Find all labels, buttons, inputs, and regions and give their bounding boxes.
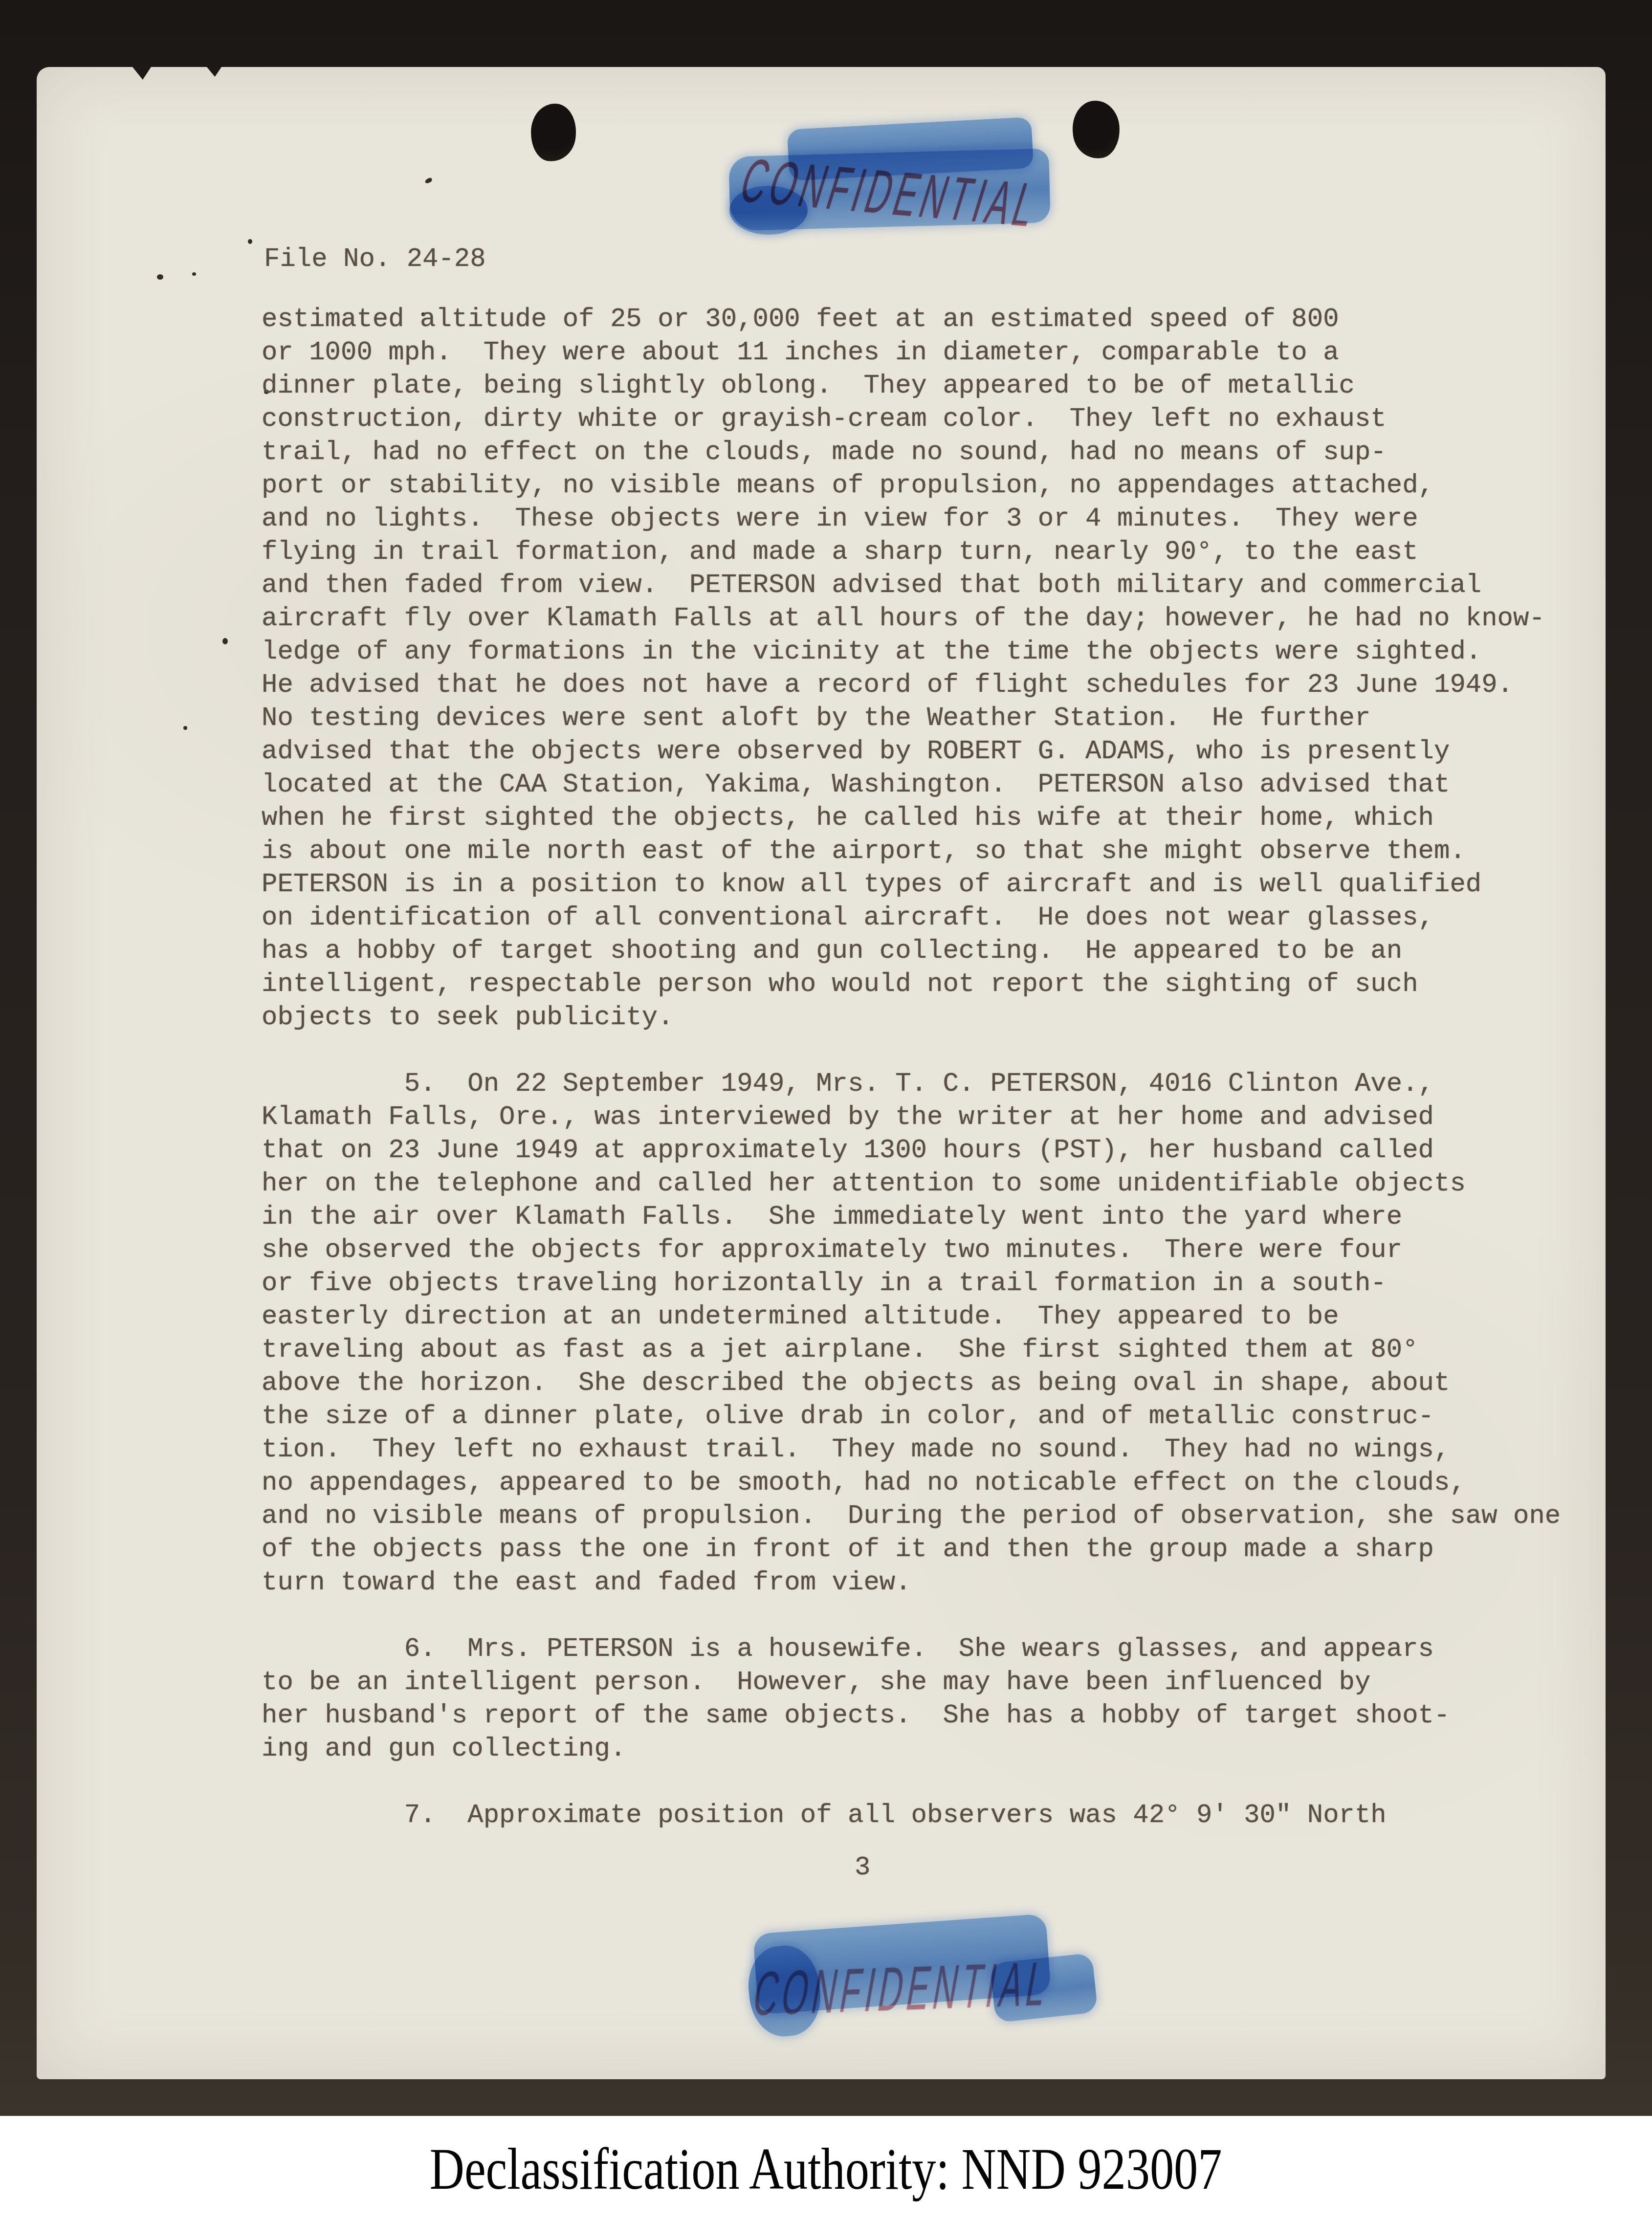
paper-speck [183, 726, 187, 730]
paper-speck [222, 638, 228, 644]
page-number: 3 [855, 1853, 870, 1883]
blue-marker-stroke [990, 1953, 1098, 2023]
punch-hole-left [529, 102, 578, 163]
document-body-text: estimated altitude of 25 or 30,000 feet … [262, 303, 1606, 1832]
document-page: CONFIDENTIAL File No. 24-28 estimated al… [37, 67, 1606, 2079]
paper-speck [157, 274, 163, 280]
blue-marker-stroke [729, 186, 808, 235]
paper-edge-tear [207, 67, 221, 77]
paper-edge-tear [132, 67, 151, 80]
paper-speck [424, 177, 433, 184]
paper-speck [248, 239, 252, 244]
file-number: File No. 24-28 [264, 244, 486, 274]
paper-speck [192, 272, 196, 276]
declassification-footer: Declassification Authority: NND 923007 [0, 2116, 1652, 2222]
scanned-document-screenshot: CONFIDENTIAL File No. 24-28 estimated al… [0, 0, 1652, 2222]
punch-hole-right [1070, 99, 1122, 160]
declassification-authority-text: Declassification Authority: NND 923007 [430, 2116, 1222, 2222]
